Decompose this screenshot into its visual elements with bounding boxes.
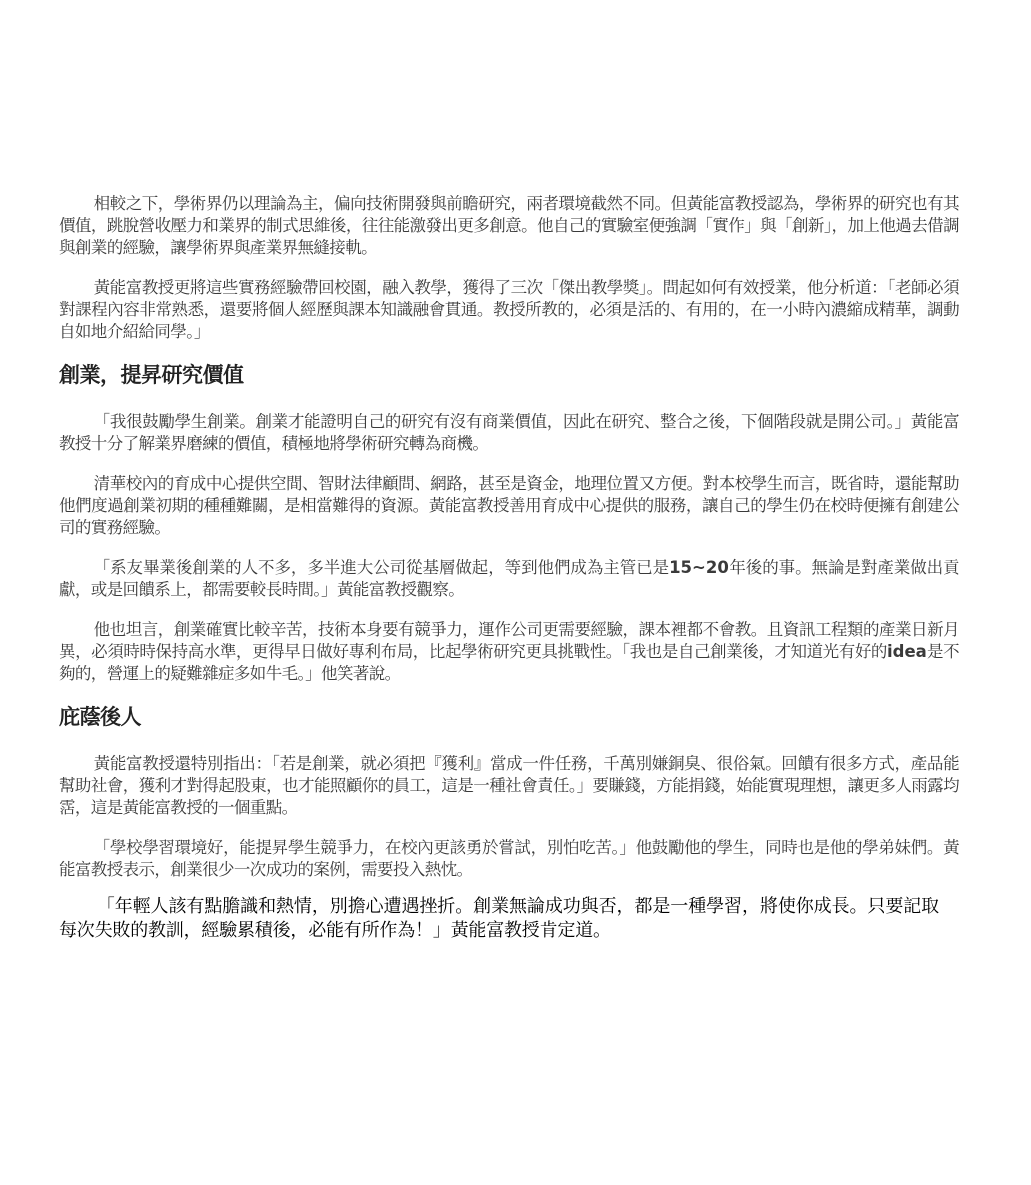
text-segment: 「系友畢業後創業的人不多，多半進大公司從基層做起，等到他們成為主管已是	[94, 558, 669, 577]
years-range: 15~20	[669, 558, 729, 577]
text-segment: 他也坦言，創業確實比較辛苦，技術本身要有競爭力，運作公司更需要經驗，課本裡都不會…	[59, 620, 959, 661]
section-heading-entrepreneurship: 創業，提昇研究價值	[59, 361, 959, 389]
paragraph-alumni-observation: 「系友畢業後創業的人不多，多半進大公司從基層做起，等到他們成為主管已是15~20…	[59, 557, 959, 601]
paragraph-closing-quote: 「年輕人該有點膽識和熱情，別擔心遭遇挫折。創業無論成功與否，都是一種學習，將使你…	[59, 895, 959, 943]
paragraph-encourage-startups: 「我很鼓勵學生創業。創業才能證明自己的研究有沒有商業價值，因此在研究、整合之後，…	[59, 411, 959, 455]
paragraph-academia-comparison: 相較之下，學術界仍以理論為主，偏向技術開發與前瞻研究，兩者環境截然不同。但黃能富…	[59, 193, 959, 259]
paragraph-incubation-center: 清華校內的育成中心提供空間、智財法律顧問、網路，甚至是資金，地理位置又方便。對本…	[59, 473, 959, 539]
paragraph-school-environment: 「學校學習環境好，能提昇學生競爭力，在校內更該勇於嘗試，別怕吃苦。」他鼓勵他的學…	[59, 837, 959, 881]
idea-word: idea	[887, 642, 927, 661]
paragraph-teaching-award: 黃能富教授更將這些實務經驗帶回校園，融入教學，獲得了三次「傑出教學獎」。問起如何…	[59, 277, 959, 343]
paragraph-profit-responsibility: 黃能富教授還特別指出：「若是創業，就必須把『獲利』當成一件任務，千萬別嫌銅臭、很…	[59, 753, 959, 819]
section-heading-legacy: 庇蔭後人	[59, 703, 959, 731]
article-body: 相較之下，學術界仍以理論為主，偏向技術開發與前瞻研究，兩者環境截然不同。但黃能富…	[59, 193, 959, 961]
paragraph-startup-challenges: 他也坦言，創業確實比較辛苦，技術本身要有競爭力，運作公司更需要經驗，課本裡都不會…	[59, 619, 959, 685]
